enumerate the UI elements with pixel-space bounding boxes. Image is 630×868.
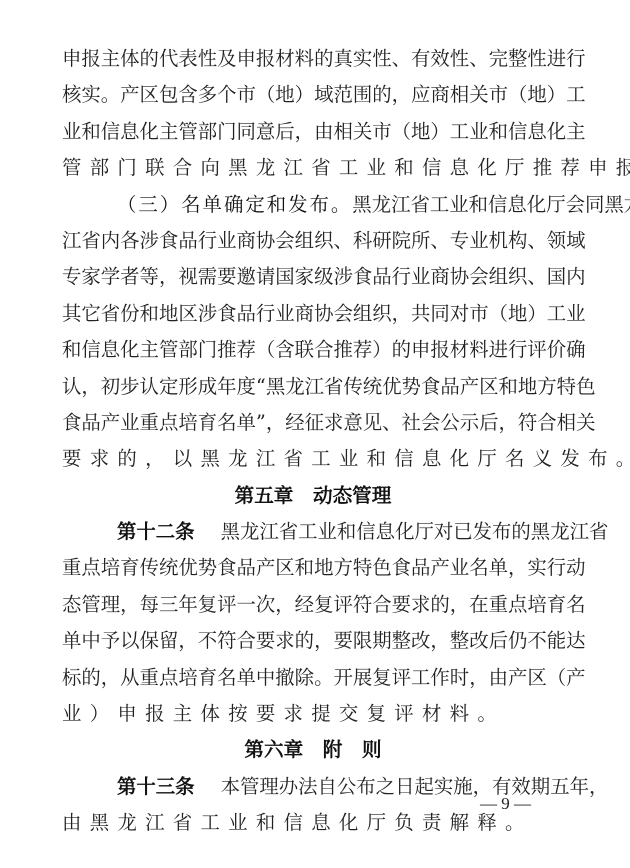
document-page: 申报主体的代表性及申报材料的真实性、有效性、完整性进行 核实。产区包含多个市（地… (0, 0, 630, 868)
paragraph-line: 江省内各涉食品行业商协会组织、科研院所、专业机构、领域 (62, 223, 564, 259)
paragraph-line: 管部门联合向黑龙江省工业和信息化厅推荐申报。 (62, 150, 564, 186)
paragraph-line: 其它省份和地区涉食品行业商协会组织，共同对市（地）工业 (62, 296, 564, 332)
paragraph-line: 申报主体的代表性及申报材料的真实性、有效性、完整性进行 (62, 41, 564, 77)
section-lead: （三）名单确定和发布。 (117, 193, 352, 216)
paragraph-line: 食品产业重点培育名单”，经征求意见、社会公示后，符合相关 (62, 405, 564, 441)
paragraph-line: （三）名单确定和发布。黑龙江省工业和信息化厅会同黑龙 (62, 187, 564, 223)
article-lead: 第十二条 (117, 520, 195, 543)
paragraph-line: 认，初步认定形成年度“黑龙江省传统优势食品产区和地方特色 (62, 369, 564, 405)
paragraph-text: 黑龙江省工业和信息化厅会同黑龙 (352, 193, 630, 216)
paragraph-line: 业）申报主体按要求提交复评材料。 (62, 696, 564, 732)
paragraph-line: 核实。产区包含多个市（地）域范围的，应商相关市（地）工 (62, 77, 564, 113)
paragraph-line: 重点培育传统优势食品产区和地方特色食品产业名单，实行动 (62, 550, 564, 586)
chapter-heading: 第六章 附 则 (62, 732, 564, 768)
paragraph-line: 标的，从重点培育名单中撤除。开展复评工作时，由产区（产 (62, 660, 564, 696)
paragraph-line: 和信息化主管部门推荐（含联合推荐）的申报材料进行评价确 (62, 332, 564, 368)
paragraph-line: 业和信息化主管部门同意后，由相关市（地）工业和信息化主 (62, 114, 564, 150)
document-body: 申报主体的代表性及申报材料的真实性、有效性、完整性进行 核实。产区包含多个市（地… (62, 41, 564, 842)
chapter-heading: 第五章 动态管理 (62, 478, 564, 514)
article-lead: 第十三条 (117, 775, 195, 798)
paragraph-line: 要求的，以黑龙江省工业和信息化厅名义发布。 (62, 441, 564, 477)
paragraph-line: 态管理，每三年复评一次，经复评符合要求的，在重点培育名 (62, 587, 564, 623)
paragraph-line: 单中予以保留，不符合要求的，要限期整改，整改后仍不能达 (62, 623, 564, 659)
page-number: — 9 — (480, 794, 531, 814)
paragraph-line: 第十二条黑龙江省工业和信息化厅对已发布的黑龙江省 (62, 514, 564, 550)
paragraph-line: 专家学者等，视需要邀请国家级涉食品行业商协会组织、国内 (62, 259, 564, 295)
paragraph-text: 本管理办法自公布之日起实施，有效期五年， (221, 775, 609, 798)
paragraph-text: 黑龙江省工业和信息化厅对已发布的黑龙江省 (221, 520, 609, 543)
